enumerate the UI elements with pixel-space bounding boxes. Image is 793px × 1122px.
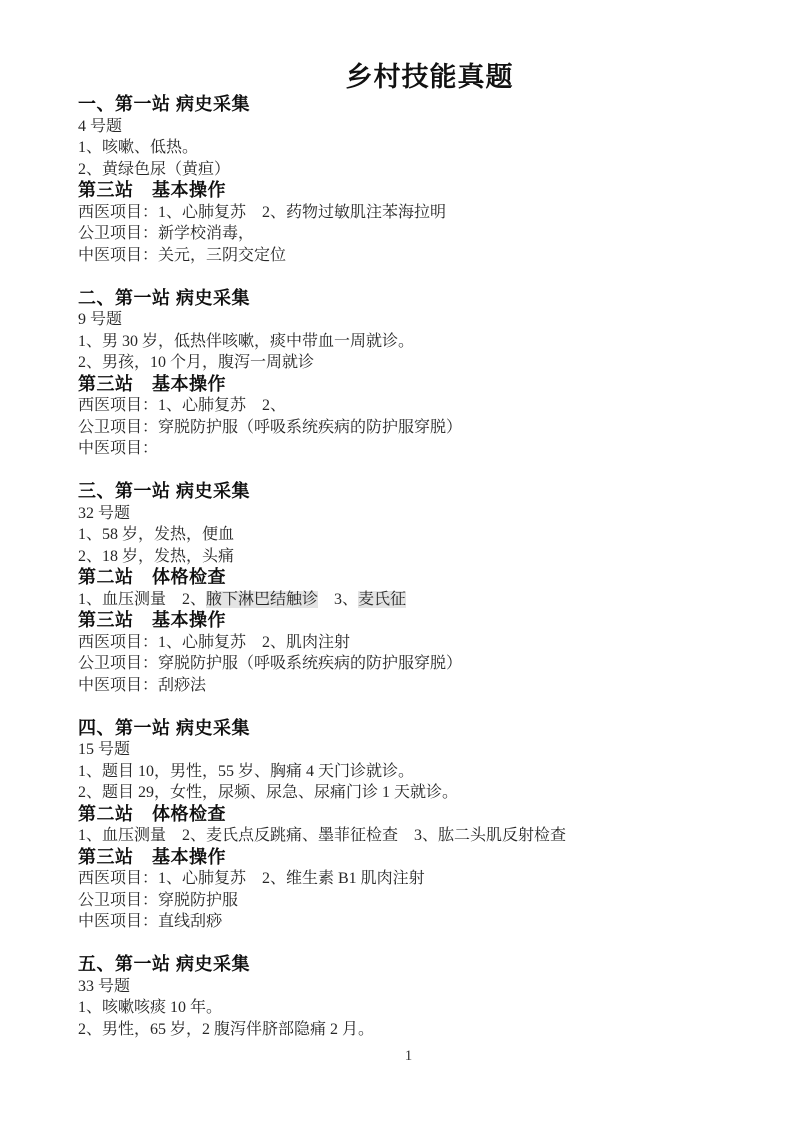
text-line: 西医项目：1、心肺复苏 2、药物过敏肌注苯海拉明	[78, 202, 743, 224]
text-line: 2、男性，65 岁，2 腹泻伴脐部隐痛 2 月。	[78, 1019, 743, 1041]
text-line: 中医项目：刮痧法	[78, 675, 743, 697]
text-line: 1、血压测量 2、腋下淋巴结触诊 3、麦氏征	[78, 589, 743, 611]
text-line: 公卫项目：穿脱防护服	[78, 890, 743, 912]
station-heading: 第三站 基本操作	[78, 847, 743, 869]
text-line: 公卫项目：穿脱防护服（呼吸系统疾病的防护服穿脱）	[78, 653, 743, 675]
exam-section-2: 二、第一站 病史采集 9 号题 1、男 30 岁，低热伴咳嗽，痰中带血一周就诊。…	[78, 288, 743, 460]
text-line: 2、题目 29，女性，尿频、尿急、尿痛门诊 1 天就诊。	[78, 782, 743, 804]
text-line: 1、咳嗽咳痰 10 年。	[78, 997, 743, 1019]
exam-section-5: 五、第一站 病史采集 33 号题 1、咳嗽咳痰 10 年。 2、男性，65 岁，…	[78, 954, 743, 1040]
text-line: 1、58 岁，发热，便血	[78, 524, 743, 546]
text-line: 公卫项目：穿脱防护服（呼吸系统疾病的防护服穿脱）	[78, 417, 743, 439]
highlighted-text: 麦氏征	[358, 591, 406, 608]
page-title: 乡村技能真题	[0, 0, 793, 94]
document-body: 一、第一站 病史采集 4 号题 1、咳嗽、低热。 2、黄绿色尿（黄疸） 第三站 …	[0, 94, 793, 1040]
exam-section-3: 三、第一站 病史采集 32 号题 1、58 岁，发热，便血 2、18 岁，发热，…	[78, 481, 743, 696]
station-heading: 三、第一站 病史采集	[78, 481, 743, 503]
station-heading: 五、第一站 病史采集	[78, 954, 743, 976]
text-line: 西医项目：1、心肺复苏 2、肌肉注射	[78, 632, 743, 654]
question-number-line: 9 号题	[78, 309, 743, 331]
station-heading: 四、第一站 病史采集	[78, 718, 743, 740]
station-heading: 二、第一站 病史采集	[78, 288, 743, 310]
text-line: 2、18 岁，发热，头痛	[78, 546, 743, 568]
text-line: 公卫项目：新学校消毒，	[78, 223, 743, 245]
text-line: 1、男 30 岁，低热伴咳嗽，痰中带血一周就诊。	[78, 331, 743, 353]
text-line: 1、咳嗽、低热。	[78, 137, 743, 159]
text-segment: 1、血压测量 2、	[78, 591, 206, 608]
text-line: 中医项目：	[78, 438, 743, 460]
text-line: 1、题目 10，男性，55 岁、胸痛 4 天门诊就诊。	[78, 761, 743, 783]
station-heading: 第二站 体格检查	[78, 804, 743, 826]
text-line: 中医项目：直线刮痧	[78, 911, 743, 933]
text-line: 1、血压测量 2、麦氏点反跳痛、墨菲征检查 3、肱二头肌反射检查	[78, 825, 743, 847]
text-line: 中医项目：关元，三阴交定位	[78, 245, 743, 267]
text-line: 西医项目：1、心肺复苏 2、维生素 B1 肌肉注射	[78, 868, 743, 890]
text-line: 2、男孩，10 个月，腹泻一周就诊	[78, 352, 743, 374]
highlighted-text: 腋下淋巴结触诊	[206, 591, 318, 608]
page-number: 1	[0, 1040, 793, 1066]
text-segment: 3、	[318, 591, 358, 608]
question-number-line: 33 号题	[78, 976, 743, 998]
station-heading: 第三站 基本操作	[78, 610, 743, 632]
exam-section-4: 四、第一站 病史采集 15 号题 1、题目 10，男性，55 岁、胸痛 4 天门…	[78, 718, 743, 933]
text-line: 2、黄绿色尿（黄疸）	[78, 159, 743, 181]
station-heading: 第三站 基本操作	[78, 180, 743, 202]
document-page: 乡村技能真题 一、第一站 病史采集 4 号题 1、咳嗽、低热。 2、黄绿色尿（黄…	[0, 0, 793, 1122]
question-number-line: 32 号题	[78, 503, 743, 525]
station-heading: 一、第一站 病史采集	[78, 94, 743, 116]
question-number-line: 4 号题	[78, 116, 743, 138]
text-line: 西医项目：1、心肺复苏 2、	[78, 395, 743, 417]
question-number-line: 15 号题	[78, 739, 743, 761]
station-heading: 第三站 基本操作	[78, 374, 743, 396]
station-heading: 第二站 体格检查	[78, 567, 743, 589]
exam-section-1: 一、第一站 病史采集 4 号题 1、咳嗽、低热。 2、黄绿色尿（黄疸） 第三站 …	[78, 94, 743, 266]
